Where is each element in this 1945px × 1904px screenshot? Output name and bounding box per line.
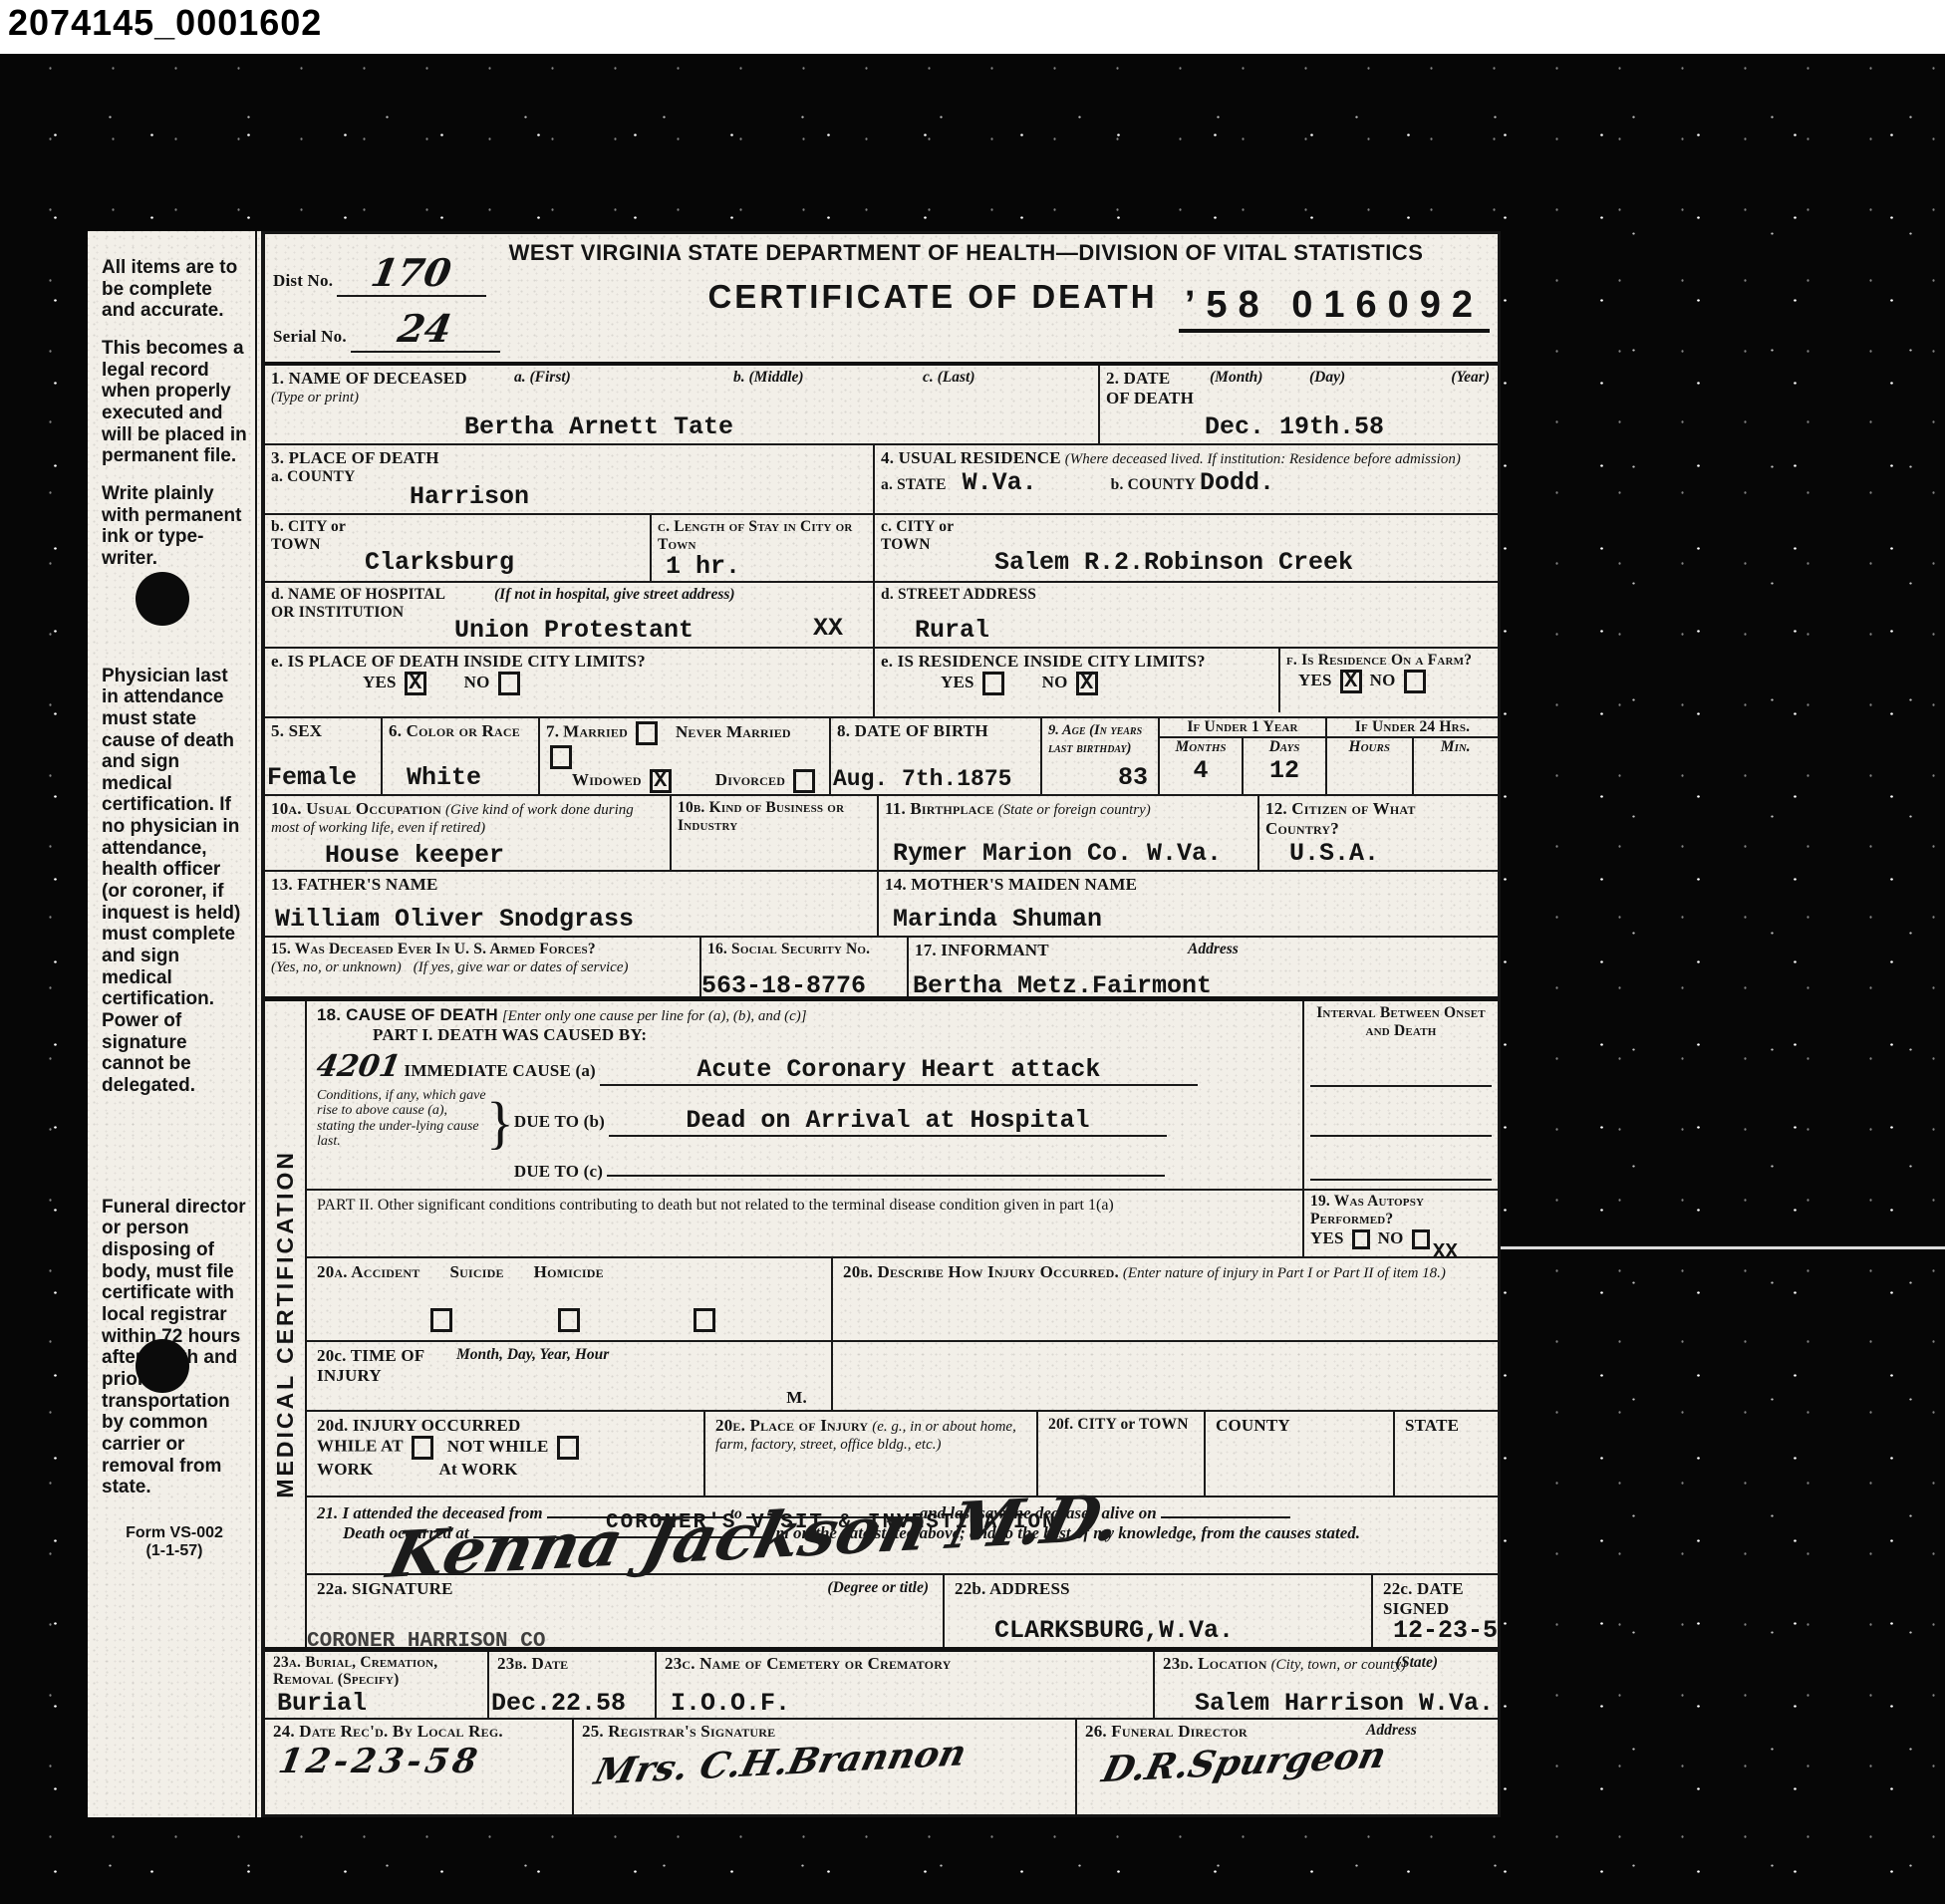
due-to-b-value: Dead on Arrival at Hospital — [686, 1106, 1089, 1135]
name-label: 1. NAME OF DECEASED — [271, 369, 467, 388]
ssn-label: 16. Social Security No. — [707, 941, 870, 957]
checkbox-homicide — [694, 1308, 715, 1332]
certificate-title: CERTIFICATE OF DEATH — [584, 278, 1281, 316]
field-burial-type: 23a. Burial, Cremation, Removal (Specify… — [265, 1652, 489, 1718]
mother-label: 14. MOTHER'S MAIDEN NAME — [885, 875, 1137, 894]
date-received-label: 24. Date Rec'd. By Local Reg. — [273, 1722, 503, 1741]
field-street-address: d. STREET ADDRESS Rural — [875, 583, 1498, 649]
field-pod-city: b. CITY or TOWN Clarksburg — [265, 515, 652, 581]
divorced-label: Divorced — [715, 770, 785, 789]
row-occupation-birthplace: 10a. Usual Occupation (Give kind of work… — [265, 796, 1498, 872]
cause-note: [Enter only one cause per line for (a), … — [502, 1008, 807, 1024]
funeral-director-label: 26. Funeral Director — [1085, 1722, 1248, 1741]
armed-forces-label: 15. Was Deceased Ever In U. S. Armed For… — [271, 941, 596, 957]
interval-column: Interval Between Onset and Death — [1302, 1001, 1498, 1189]
checkbox-residence-limits-yes — [982, 672, 1004, 695]
hospital-value: Union Protestant — [454, 616, 694, 645]
field-father-name: 13. FATHER'S NAME William Oliver Snodgra… — [265, 872, 879, 936]
date-signed-label: 22c. DATE SIGNED — [1383, 1579, 1464, 1618]
hours-cell: Hours — [1327, 738, 1414, 794]
field-length-of-stay: c. Length of Stay in City or Town 1 hr. — [652, 515, 873, 581]
due-to-b-label: DUE TO (b) — [514, 1112, 605, 1131]
punch-hole — [136, 572, 189, 626]
days-value: 12 — [1244, 756, 1325, 785]
time-of-injury-m: M. — [786, 1388, 807, 1408]
sidebar-note: Write plainly with permanent ink or type… — [102, 483, 247, 570]
field-business: 10b. Kind of Business or Industry — [672, 796, 879, 870]
field-residence-city: c. CITY or TOWN Salem R.2.Robinson Creek — [875, 515, 1498, 583]
checkbox-while-at-work — [412, 1436, 433, 1460]
field-autopsy: 19. Was Autopsy Performed? YES NO XX — [1302, 1191, 1498, 1256]
scan-id: 2074145_0001602 — [0, 0, 1945, 44]
pod-city-row: b. CITY or TOWN Clarksburg c. Length of … — [265, 515, 873, 583]
section-part2-autopsy: PART II. Other significant conditions co… — [307, 1191, 1498, 1258]
date-received-value: 12-23-58 — [275, 1742, 483, 1781]
suicide-label: Suicide — [449, 1262, 503, 1281]
registration-number: ’58 016092 — [1179, 284, 1490, 333]
residence-county-value: Dodd. — [1200, 468, 1274, 497]
double-rule-divider — [255, 231, 263, 1817]
no-label: NO — [1370, 671, 1396, 689]
funeral-director-signature-value: D.R.Spurgeon — [1098, 1735, 1390, 1791]
place-of-death-label: 3. PLACE OF DEATH — [271, 448, 439, 467]
father-label: 13. FATHER'S NAME — [271, 875, 438, 894]
month-label: (Month) — [1210, 369, 1262, 387]
medical-certification-strip: MEDICAL CERTIFICATION — [265, 1001, 307, 1647]
race-value: White — [407, 763, 481, 792]
residence-state-value: W.Va. — [963, 468, 1037, 497]
sidebar-note: All items are to be complete and accurat… — [102, 257, 247, 322]
immediate-cause-label: IMMEDIATE CAUSE (a) — [405, 1061, 596, 1080]
serial-no-value: 24 — [395, 306, 455, 351]
under-1-year-label: If Under 1 Year — [1160, 718, 1325, 738]
signature-address-value: CLARKSBURG,W.Va. — [994, 1616, 1234, 1645]
field-pod-city-limits: e. IS PLACE OF DEATH INSIDE CITY LIMITS?… — [265, 649, 873, 712]
birthplace-label: 11. Birthplace — [885, 799, 994, 818]
section-cause-of-death: 18. CAUSE OF DEATH [Enter only one cause… — [307, 1001, 1498, 1191]
name-last-label: c. (Last) — [923, 369, 975, 387]
occupation-value: House keeper — [325, 841, 504, 870]
field-time-of-injury: 20c. TIME OF INJURY Month, Day, Year, Ho… — [307, 1342, 833, 1410]
field-date-received: 24. Date Rec'd. By Local Reg. 12-23-58 — [265, 1720, 574, 1814]
checkbox-pod-limits-no — [498, 672, 520, 695]
sidebar-note: This becomes a legal record when properl… — [102, 338, 247, 467]
residence-city-label: c. CITY or TOWN — [881, 518, 961, 554]
residence-state-label: a. STATE — [881, 476, 947, 493]
burial-label: 23a. Burial, Cremation, Removal (Specify… — [273, 1654, 479, 1688]
field-under-24-hrs: If Under 24 Hrs. Hours Min. — [1327, 718, 1498, 794]
name-middle-label: b. (Middle) — [733, 369, 804, 387]
field-marital-status: 7. Married Never Married Widowed X Divor… — [540, 718, 831, 794]
no-label: NO — [1378, 1228, 1404, 1247]
birthplace-value: Rymer Marion Co. W.Va. — [893, 839, 1222, 868]
registrar-signature-value: Mrs. C.H.Brannon — [591, 1732, 971, 1792]
married-label: Married — [563, 722, 628, 741]
yes-label: YES — [1298, 671, 1332, 689]
father-value: William Oliver Snodgrass — [275, 905, 634, 934]
field-cemetery: 23c. Name of Cemetery or Crematory I.O.O… — [657, 1652, 1155, 1718]
sidebar-note: Physician last in attendance must state … — [102, 666, 247, 1097]
business-label: 10b. Kind of Business or Industry — [678, 799, 844, 834]
burial-location-note: (City, town, or county) — [1271, 1657, 1406, 1673]
row-forces-ssn-informant: 15. Was Deceased Ever In U. S. Armed For… — [265, 938, 1498, 1001]
injury-occurred-label: 20d. INJURY OCCURRED — [317, 1416, 520, 1435]
armed-forces-note1: (Yes, no, or unknown) — [271, 959, 402, 975]
residence-city-value: Salem R.2.Robinson Creek — [994, 548, 1353, 577]
serial-no-label: Serial No. — [273, 327, 347, 346]
min-cell: Min. — [1414, 738, 1499, 794]
checkbox-pod-limits-yes: X — [405, 672, 426, 695]
street-address-label: d. STREET ADDRESS — [881, 586, 1036, 603]
cause-main: 18. CAUSE OF DEATH [Enter only one cause… — [307, 1001, 1302, 1189]
conditions-note: Conditions, if any, which gave rise to a… — [317, 1088, 486, 1182]
field-name-of-deceased: 1. NAME OF DECEASED (Type or print) a. (… — [265, 366, 1100, 443]
homicide-label: Homicide — [534, 1262, 604, 1281]
hours-label: Hours — [1327, 738, 1412, 756]
while-at-label: WHILE AT — [317, 1437, 404, 1456]
injury-county-label: COUNTY — [1216, 1416, 1290, 1435]
residence-note: (Where deceased lived. If institution: R… — [1065, 451, 1461, 467]
under-24-hrs-label: If Under 24 Hrs. — [1327, 718, 1498, 738]
section-20c: 20c. TIME OF INJURY Month, Day, Year, Ho… — [307, 1342, 1498, 1412]
days-cell: Days 12 — [1244, 738, 1325, 794]
date-signed-value: 12-23-58 — [1393, 1616, 1501, 1645]
usual-residence-block: 4. USUAL RESIDENCE (Where deceased lived… — [875, 445, 1498, 716]
name-first-label: a. (First) — [514, 369, 571, 387]
marital-num: 7. — [546, 722, 559, 741]
residence-county-label: b. COUNTY — [1111, 476, 1196, 493]
dist-no-value: 170 — [369, 250, 455, 295]
year-label: (Year) — [1451, 369, 1490, 387]
field-signature-address: 22b. ADDRESS CLARKSBURG,W.Va. — [945, 1575, 1373, 1647]
yes-label: YES — [363, 673, 397, 691]
medical-certification-label: MEDICAL CERTIFICATION — [272, 1150, 299, 1498]
widowed-label: Widowed — [572, 770, 642, 789]
part2-text: PART II. Other significant conditions co… — [307, 1191, 1302, 1256]
no-label: NO — [1042, 673, 1068, 691]
autopsy-label: 19. Was Autopsy Performed? — [1310, 1193, 1424, 1227]
scan-artifact-line — [1495, 1246, 1945, 1249]
at-work-label: At WORK — [439, 1460, 518, 1479]
field-sex: 5. SEX Female — [265, 718, 383, 794]
name-note: (Type or print) — [271, 390, 359, 406]
cemetery-label: 23c. Name of Cemetery or Crematory — [665, 1654, 952, 1673]
interval-line-a — [1310, 1085, 1492, 1087]
describe-injury-label: 20b. Describe How Injury Occurred. — [843, 1262, 1119, 1281]
field-armed-forces: 15. Was Deceased Ever In U. S. Armed For… — [265, 938, 701, 996]
birthplace-note: (State or foreign country) — [998, 802, 1151, 818]
date-of-death-value: Dec. 19th.58 — [1205, 412, 1384, 441]
residence-farm-label: f. Is Residence On a Farm? — [1286, 652, 1472, 669]
armed-forces-note2: (If yes, give war or dates of service) — [414, 959, 629, 975]
pod-county-value: Harrison — [410, 482, 529, 511]
field-injury-state: STATE — [1395, 1412, 1498, 1496]
field-residence-state-county: 4. USUAL RESIDENCE (Where deceased lived… — [875, 445, 1498, 515]
work-label: WORK — [317, 1460, 374, 1479]
time-of-injury-blank — [833, 1342, 1498, 1410]
yes-label: YES — [941, 673, 974, 691]
race-label: 6. Color or Race — [389, 721, 520, 740]
certificate-form: Dist No. 170 Serial No. 24 WEST VIRGINIA… — [263, 231, 1501, 1817]
injury-city-label: 20f. CITY or TOWN — [1048, 1416, 1189, 1433]
time-of-injury-label: 20c. TIME OF INJURY — [317, 1346, 446, 1386]
medical-certification-band: MEDICAL CERTIFICATION 18. CAUSE OF DEATH… — [265, 1001, 1498, 1652]
field-burial-date: 23b. Date Dec.22.58 — [489, 1652, 657, 1718]
length-of-stay-label: c. Length of Stay in City or Town — [658, 518, 853, 553]
section-20d-20f: 20d. INJURY OCCURRED WHILE AT NOT WHILE … — [307, 1412, 1498, 1497]
field-date-of-death: 2. DATE OF DEATH (Month) (Day) (Year) De… — [1100, 366, 1498, 443]
signature-typed: CORONER HARRISON CO — [307, 1630, 545, 1653]
checkbox-autopsy-yes — [1352, 1229, 1370, 1249]
yes-label: YES — [1310, 1228, 1344, 1247]
name-value: Bertha Arnett Tate — [464, 412, 733, 441]
describe-injury-note: (Enter nature of injury in Part I or Par… — [1123, 1265, 1446, 1281]
cemetery-value: I.O.O.F. — [671, 1689, 790, 1718]
burial-date-label: 23b. Date — [497, 1654, 568, 1673]
interval-line-b — [1310, 1135, 1492, 1137]
age-label: 9. Age (In years last birthday) — [1048, 722, 1142, 756]
conditions-brace: } — [486, 1088, 514, 1182]
days-label: Days — [1244, 738, 1325, 756]
checkbox-autopsy-no — [1412, 1229, 1430, 1249]
field-residence-city-limits: e. IS RESIDENCE INSIDE CITY LIMITS? YES … — [875, 649, 1280, 712]
instruction-sidebar: All items are to be complete and accurat… — [88, 231, 255, 1817]
pod-city-value: Clarksburg — [365, 548, 514, 577]
interval-line-c — [1310, 1179, 1492, 1181]
months-value: 4 — [1160, 756, 1242, 785]
citizen-value: U.S.A. — [1289, 839, 1379, 868]
field-age: 9. Age (In years last birthday) 83 — [1042, 718, 1160, 794]
dist-no-label: Dist No. — [273, 271, 333, 290]
months-label: Months — [1160, 738, 1242, 756]
field-registrar-signature: 25. Registrar's Signature Mrs. C.H.Brann… — [574, 1720, 1077, 1814]
checkbox-accident — [430, 1308, 452, 1332]
informant-value: Bertha Metz.Fairmont — [913, 971, 1212, 1000]
field-mother-name: 14. MOTHER'S MAIDEN NAME Marinda Shuman — [879, 872, 1498, 936]
serial-no: Serial No. 24 — [273, 306, 500, 353]
informant-label: 17. INFORMANT — [915, 941, 1049, 959]
field-pod-county: 3. PLACE OF DEATH a. COUNTY Harrison — [265, 445, 873, 515]
department-title: WEST VIRGINIA STATE DEPARTMENT OF HEALTH… — [444, 240, 1488, 266]
burial-location-value: Salem Harrison W.Va. — [1195, 1689, 1494, 1718]
field-date-signed: 22c. DATE SIGNED 12-23-58 — [1373, 1575, 1498, 1647]
field-under-1-year: If Under 1 Year Months 4 Days 12 — [1160, 718, 1327, 794]
field-funeral-director: 26. Funeral Director Address D.R.Spurgeo… — [1077, 1720, 1498, 1814]
field-injury-county: COUNTY — [1206, 1412, 1395, 1496]
field-date-of-birth: 8. DATE OF BIRTH Aug. 7th.1875 — [831, 718, 1042, 794]
accident-label: 20a. Accident — [317, 1262, 419, 1281]
min-label: Min. — [1414, 738, 1499, 756]
form-header: Dist No. 170 Serial No. 24 WEST VIRGINIA… — [265, 234, 1498, 366]
field-citizen: 12. Citizen of What Country? U.S.A. — [1259, 796, 1498, 870]
punch-hole — [136, 1339, 189, 1393]
checkbox-married — [636, 721, 658, 745]
section-20a-20b: 20a. Accident Suicide Homicide 20b. Desc… — [307, 1258, 1498, 1342]
hospital-label: d. NAME OF HOSPITAL OR INSTITUTION — [271, 586, 450, 622]
checkbox-residence-limits-no: X — [1076, 672, 1098, 695]
death-certificate: All items are to be complete and accurat… — [88, 231, 1501, 1817]
field-accident-suicide-homicide: 20a. Accident Suicide Homicide — [307, 1258, 833, 1340]
field-race: 6. Color or Race White — [383, 718, 540, 794]
field-place-of-injury: 20e. Place of Injury (e. g., in or about… — [705, 1412, 1038, 1496]
field-birthplace: 11. Birthplace (State or foreign country… — [879, 796, 1259, 870]
checkbox-not-while-at-work — [557, 1436, 579, 1460]
occupation-label: 10a. Usual Occupation — [271, 799, 441, 818]
row-registrar: 24. Date Rec'd. By Local Reg. 12-23-58 2… — [265, 1720, 1498, 1814]
field-residence-farm: f. Is Residence On a Farm? YES X NO — [1280, 649, 1498, 712]
cause-code: 4201 — [314, 1049, 404, 1084]
field-burial-location: 23d. Location (City, town, or county) (S… — [1155, 1652, 1498, 1718]
residence-limits-row: e. IS RESIDENCE INSIDE CITY LIMITS? YES … — [875, 649, 1498, 712]
field-injury-occurred: 20d. INJURY OCCURRED WHILE AT NOT WHILE … — [307, 1412, 705, 1496]
immediate-cause-value: Acute Coronary Heart attack — [696, 1055, 1100, 1084]
burial-date-value: Dec.22.58 — [491, 1689, 626, 1718]
cause-part1: PART I. DEATH WAS CAUSED BY: — [373, 1025, 647, 1044]
residence-label: 4. USUAL RESIDENCE — [881, 448, 1061, 467]
sex-value: Female — [267, 763, 357, 792]
informant-address-label: Address — [1188, 941, 1239, 958]
checkbox-divorced — [793, 769, 815, 793]
date-of-birth-value: Aug. 7th.1875 — [833, 766, 1011, 792]
field-ssn: 16. Social Security No. 563-18-8776 — [701, 938, 909, 996]
months-cell: Months 4 — [1160, 738, 1244, 794]
scanned-page: 2074145_0001602 All items are to be comp… — [0, 0, 1945, 1904]
registrar-label: 25. Registrar's Signature — [582, 1722, 775, 1741]
checkbox-widowed: X — [650, 769, 672, 793]
pod-county-label: a. COUNTY — [271, 468, 355, 485]
not-while-label: NOT WHILE — [447, 1437, 549, 1456]
row-burial: 23a. Burial, Cremation, Removal (Specify… — [265, 1652, 1498, 1720]
sex-label: 5. SEX — [271, 721, 322, 740]
due-to-c-label: DUE TO (c) — [514, 1162, 603, 1181]
checkbox-suicide — [558, 1308, 580, 1332]
row-place-residence: 3. PLACE OF DEATH a. COUNTY Harrison b. … — [265, 445, 1498, 718]
day-label: (Day) — [1309, 369, 1345, 387]
time-of-injury-note: Month, Day, Year, Hour — [456, 1346, 609, 1364]
burial-location-state-note: (State) — [1396, 1654, 1438, 1672]
street-address-value: Rural — [915, 616, 989, 645]
checkbox-farm-yes: X — [1340, 670, 1362, 693]
no-label: NO — [464, 673, 490, 691]
date-of-birth-label: 8. DATE OF BIRTH — [837, 721, 988, 740]
row-sex-race-age: 5. SEX Female 6. Color or Race White 7. … — [265, 718, 1498, 796]
degree-or-title-label: (Degree or title) — [827, 1579, 929, 1597]
never-married-label: Never Married — [676, 722, 791, 741]
injury-state-label: STATE — [1405, 1416, 1459, 1435]
row-parents: 13. FATHER'S NAME William Oliver Snodgra… — [265, 872, 1498, 938]
field-describe-injury: 20b. Describe How Injury Occurred. (Ente… — [833, 1258, 1498, 1340]
date-of-death-label: 2. DATE OF DEATH — [1106, 369, 1196, 408]
form-number: Form VS-002 (1-1-57) — [102, 1524, 247, 1560]
scan-header-bar: 2074145_0001602 — [0, 0, 1945, 54]
place-of-death-block: 3. PLACE OF DEATH a. COUNTY Harrison b. … — [265, 445, 875, 716]
hospital-note: (If not in hospital, give street address… — [494, 586, 735, 604]
citizen-label: 12. Citizen of What Country? — [1265, 799, 1416, 838]
hospital-xx-mark: XX — [813, 614, 843, 643]
checkbox-farm-no — [1404, 670, 1426, 693]
pod-city-label: b. CITY or TOWN — [271, 518, 347, 554]
place-of-injury-label: 20e. Place of Injury — [715, 1416, 868, 1435]
signature-address-label: 22b. ADDRESS — [955, 1579, 1070, 1598]
age-value: 83 — [1118, 763, 1148, 792]
residence-limits-label: e. IS RESIDENCE INSIDE CITY LIMITS? — [881, 652, 1206, 671]
burial-location-label: 23d. Location — [1163, 1654, 1267, 1673]
burial-value: Burial — [277, 1689, 367, 1718]
checkbox-never-married — [550, 745, 572, 769]
field-hospital: d. NAME OF HOSPITAL OR INSTITUTION (If n… — [265, 583, 873, 649]
row-name-date: 1. NAME OF DECEASED (Type or print) a. (… — [265, 366, 1498, 445]
ssn-value: 563-18-8776 — [701, 971, 866, 1000]
cause-label: 18. CAUSE OF DEATH — [317, 1005, 498, 1024]
pod-limits-label: e. IS PLACE OF DEATH INSIDE CITY LIMITS? — [271, 652, 646, 671]
mother-value: Marinda Shuman — [893, 905, 1102, 934]
field-occupation: 10a. Usual Occupation (Give kind of work… — [265, 796, 672, 870]
interval-label: Interval Between Onset and Death — [1310, 1004, 1492, 1040]
field-informant: 17. INFORMANT Address Bertha Metz.Fairmo… — [909, 938, 1498, 996]
length-of-stay-value: 1 hr. — [666, 552, 740, 581]
